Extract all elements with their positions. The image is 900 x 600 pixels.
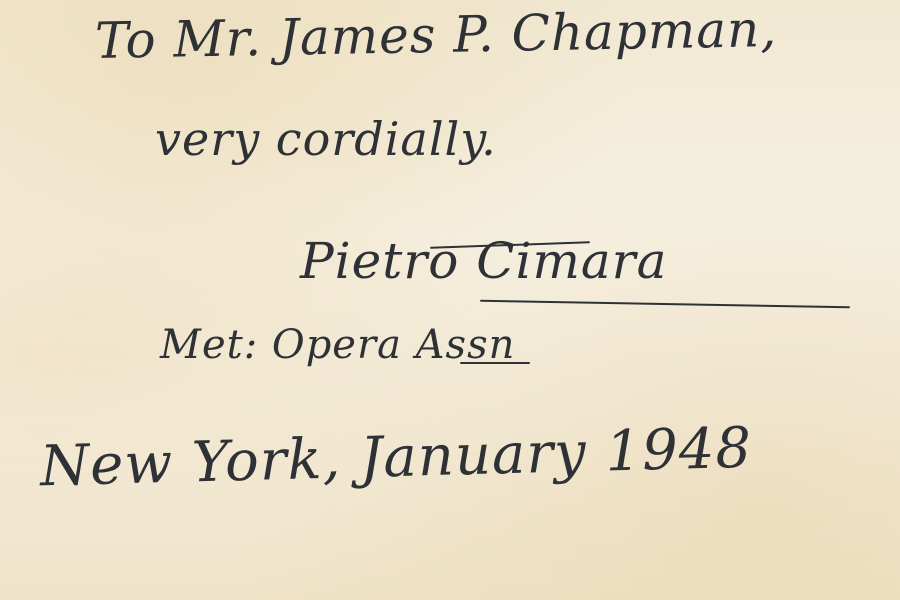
affiliation-dash-stroke: [460, 362, 530, 364]
closing-line: very cordially.: [155, 112, 497, 166]
aged-paper-background: [0, 0, 900, 600]
signature: Pietro Cimara: [300, 232, 667, 290]
dedication-line: To Mr. James P. Chapman,: [95, 0, 778, 70]
